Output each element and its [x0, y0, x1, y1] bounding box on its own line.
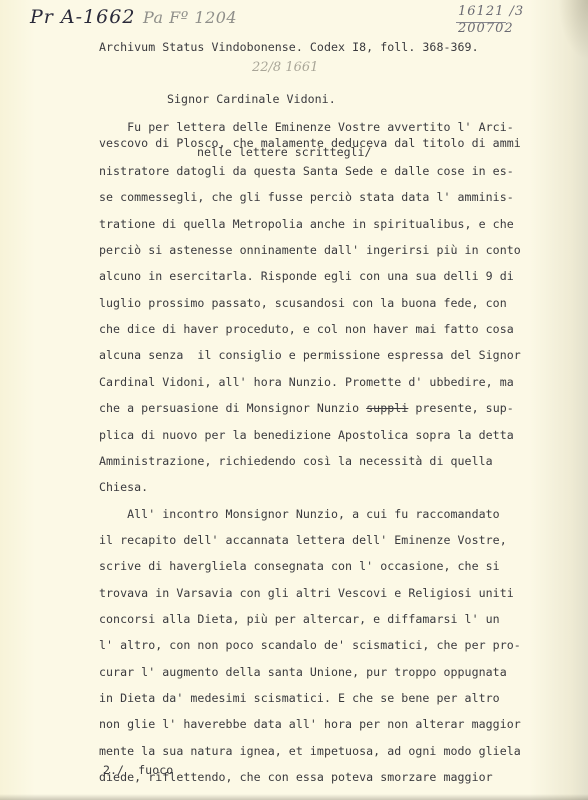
letter-line: non glie l' haverebbe data all' hora per…	[99, 717, 521, 731]
letter-line: Chiesa.	[99, 480, 148, 494]
letter-line: Fu per lettera delle Eminenze Vostre avv…	[99, 120, 514, 134]
line-tail: presente, sup-	[408, 401, 513, 415]
letter-line: nistratore datogli da questa Santa Sede …	[99, 164, 514, 178]
letter-line: tratione di quella Metropolia anche in s…	[99, 217, 514, 231]
letter-line: All' incontro Monsignor Nunzio, a cui fu…	[99, 507, 500, 521]
letter-line: concorsi alla Dieta, più per altercar, e…	[99, 612, 500, 626]
handwritten-archive-number-bottom: 200702	[458, 21, 514, 36]
letter-line: alcuna senza il consiglio e permissione …	[99, 348, 521, 362]
salutation: Signor Cardinale Vidoni.	[167, 92, 336, 106]
archive-header: Archivum Status Vindobonense. Codex I8, …	[99, 40, 479, 54]
letter-line: il recapito dell' accannata lettera dell…	[99, 533, 507, 547]
letter-line: luglio prossimo passato, scusandosi con …	[99, 296, 507, 310]
handwritten-reference-primary: Pr A-1662	[30, 6, 135, 28]
page-continuation: 2./ fuoco	[103, 763, 173, 777]
letter-line: mente la sua natura ignea, et impetuosa,…	[99, 744, 521, 758]
letter-line: Amministrazione, richiedendo così la nec…	[99, 454, 493, 468]
handwritten-archive-number-top: 16121 /3	[458, 4, 524, 19]
letter-line: in Dieta da' medesimi scismatici. E che …	[99, 691, 500, 705]
letter-line: che dice di haver proceduto, e col non h…	[99, 322, 514, 336]
letter-line: Cardinal Vidoni, all' hora Nunzio. Prome…	[99, 375, 514, 389]
document-page: Pr A-1662 Pa Fº 1204 16121 /3 200702 Arc…	[0, 0, 588, 800]
struck-word: suppli	[366, 401, 408, 415]
letter-line: che a persuasione di Monsignor Nunzio su…	[99, 401, 514, 415]
page-corner-shadow	[558, 0, 588, 60]
letter-line: se commessegli, che gli fusse perciò sta…	[99, 190, 514, 204]
page-bottom-edge	[0, 794, 588, 800]
letter-line: perciò si astenesse onninamente dall' in…	[99, 243, 521, 257]
handwritten-date-note: 22/8 1661	[252, 60, 318, 75]
letter-line: l' altro, con non poco scandalo de' scis…	[99, 638, 521, 652]
letter-line: vescovo di Plosco, che malamente deducev…	[99, 136, 521, 150]
handwritten-reference-secondary: Pa Fº 1204	[143, 8, 237, 27]
letter-line: curar l' augmento della santa Unione, pu…	[99, 665, 507, 679]
letter-line: alcuno in esercitarla. Risponde egli con…	[99, 269, 514, 283]
letter-line: trovava in Varsavia con gli altri Vescov…	[99, 586, 514, 600]
letter-line: plica di nuovo per la benedizione Aposto…	[99, 428, 514, 442]
letter-line: scrive di havergliela consegnata con l' …	[99, 559, 500, 573]
